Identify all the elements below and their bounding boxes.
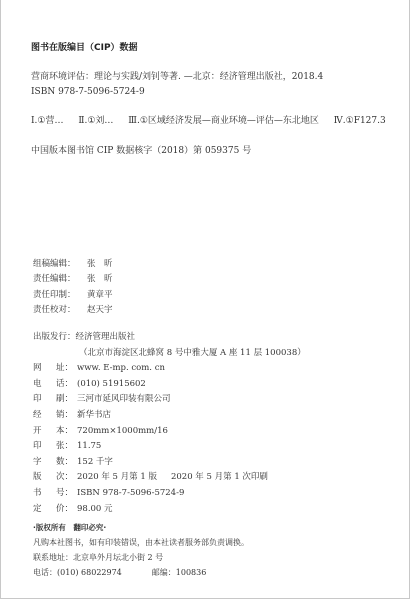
pub-field-label: 字 (33, 455, 42, 471)
pub-field-value: 98.00 元 (77, 502, 113, 518)
pub-field-label: 价： (56, 502, 73, 518)
pub-field-row: 印刷： 三河市延风印装有限公司 (33, 392, 306, 408)
cip-record-number: 中国版本图书馆 CIP 数据核字（2018）第 059375 号 (31, 146, 251, 157)
pub-field-value: (010) 51915602 (77, 377, 146, 393)
pub-field-label: 印 (33, 439, 42, 455)
contact-phone: 电话：(010) 68022974 (33, 568, 122, 577)
staff-value: 黄章平 (87, 288, 113, 303)
staff-label: 责任印制： (33, 288, 87, 303)
publication-info: 出版发行： 经济管理出版社 （北京市海淀区北蜂窝 8 号中雅大厦 A 座 11 … (33, 330, 306, 517)
printing-value: 2020 年 5 月第 1 次印刷 (171, 472, 268, 482)
staff-row: 责任印制： 黄章平 (33, 288, 113, 303)
publisher-label: 出版发行： (33, 330, 76, 346)
rights-heading: ·版权所有 翻印必究· (33, 520, 249, 535)
pub-field-row: 定价： 98.00 元 (33, 502, 306, 518)
staff-value: 张 昕 (87, 257, 113, 272)
pub-field-label: 印 (33, 392, 42, 408)
pub-field-label: 次： (56, 470, 73, 486)
pub-field-row: 字数： 152 千字 (33, 455, 306, 471)
publisher-value: 经济管理出版社 (76, 330, 136, 346)
cip-isbn-line: ISBN 978-7-5096-5724-9 (31, 87, 145, 98)
contact-row: 电话：(010) 68022974邮编：100836 (33, 565, 249, 580)
pub-field-row: 电话： (010) 51915602 (33, 377, 306, 393)
staff-label: 责任编辑： (33, 272, 87, 287)
copyright-page: 图书在版编目（CIP）数据 营商环境评估：理论与实践/刘钊等著. —北京：经济管… (0, 0, 410, 599)
pub-field-row: 经销： 新华书店 (33, 408, 306, 424)
cip-class-item: Ⅲ.①区域经济发展—商业环境—评估—东北地区 (128, 116, 319, 126)
pub-field-value: 三河市延风印装有限公司 (77, 392, 171, 408)
edition-value: 2020 年 5 月第 1 版 (77, 472, 157, 482)
staff-credits: 组稿编辑： 张 昕 责任编辑： 张 昕 责任印制： 黄章平 责任校对： 赵天宇 (33, 257, 113, 318)
cip-title: 图书在版编目（CIP）数据 (31, 40, 138, 53)
pub-field-row: 网址： www. E-mp. com. cn (33, 361, 306, 377)
contact-postcode: 邮编：100836 (152, 568, 207, 577)
pub-field-value: ISBN 978-7-5096-5724-9 (77, 486, 184, 502)
pub-field-label: 网 (33, 361, 42, 377)
publisher-address: （北京市海淀区北蜂窝 8 号中雅大厦 A 座 11 层 100038） (79, 346, 306, 362)
pub-field-label: 版 (33, 470, 42, 486)
pub-field-value: 152 千字 (77, 455, 113, 471)
pub-field-label: 话： (56, 377, 73, 393)
rights-notice: ·版权所有 翻印必究· 凡购本社图书，如有印装错误，由本社读者服务部负责调换。 … (33, 520, 249, 580)
staff-label: 组稿编辑： (33, 257, 87, 272)
staff-row: 组稿编辑： 张 昕 (33, 257, 113, 272)
rights-notice-text: 凡购本社图书，如有印装错误，由本社读者服务部负责调换。 (33, 535, 249, 550)
pub-field-label: 号： (56, 486, 73, 502)
pub-field-row: 开本： 720mm×1000mm/16 (33, 424, 306, 440)
cip-class-item: Ⅰ.①营… (31, 116, 64, 126)
contact-address: 联系地址：北京阜外月坛北小街 2 号 (33, 550, 249, 565)
pub-field-row: 版次： 2020 年 5 月第 1 版2020 年 5 月第 1 次印刷 (33, 470, 306, 486)
pub-field-label: 书 (33, 486, 42, 502)
pub-field-label: 刷： (56, 392, 73, 408)
publisher-address-row: （北京市海淀区北蜂窝 8 号中雅大厦 A 座 11 层 100038） (33, 346, 306, 362)
pub-field-label: 本： (56, 424, 73, 440)
staff-value: 张 昕 (87, 272, 113, 287)
staff-row: 责任校对： 赵天宇 (33, 303, 113, 318)
pub-field-value: 720mm×1000mm/16 (77, 424, 168, 440)
staff-value: 赵天宇 (87, 303, 113, 318)
pub-field-label: 址： (56, 361, 73, 377)
pub-field-value: 新华书店 (77, 408, 111, 424)
publisher-row: 出版发行： 经济管理出版社 (33, 330, 306, 346)
cip-class-item: Ⅳ.①F127.3 (334, 116, 386, 126)
pub-field-label: 经 (33, 408, 42, 424)
pub-field-label: 销： (56, 408, 73, 424)
pub-field-label: 定 (33, 502, 42, 518)
pub-field-label: 开 (33, 424, 42, 440)
cip-bibliographic-line: 营商环境评估：理论与实践/刘钊等著. —北京：经济管理出版社，2018.4 (31, 72, 323, 83)
staff-row: 责任编辑： 张 昕 (33, 272, 113, 287)
pub-field-label: 张： (56, 439, 73, 455)
cip-class-item: Ⅱ.①刘… (78, 116, 113, 126)
pub-field-value: 11.75 (77, 439, 101, 455)
pub-field-row: 印张： 11.75 (33, 439, 306, 455)
pub-field-value: www. E-mp. com. cn (77, 361, 165, 377)
pub-field-row: 书号： ISBN 978-7-5096-5724-9 (33, 486, 306, 502)
pub-field-label: 电 (33, 377, 42, 393)
staff-label: 责任校对： (33, 303, 87, 318)
cip-classification: Ⅰ.①营… Ⅱ.①刘… Ⅲ.①区域经济发展—商业环境—评估—东北地区 Ⅳ.①F1… (31, 116, 398, 127)
pub-field-label: 数： (56, 455, 73, 471)
